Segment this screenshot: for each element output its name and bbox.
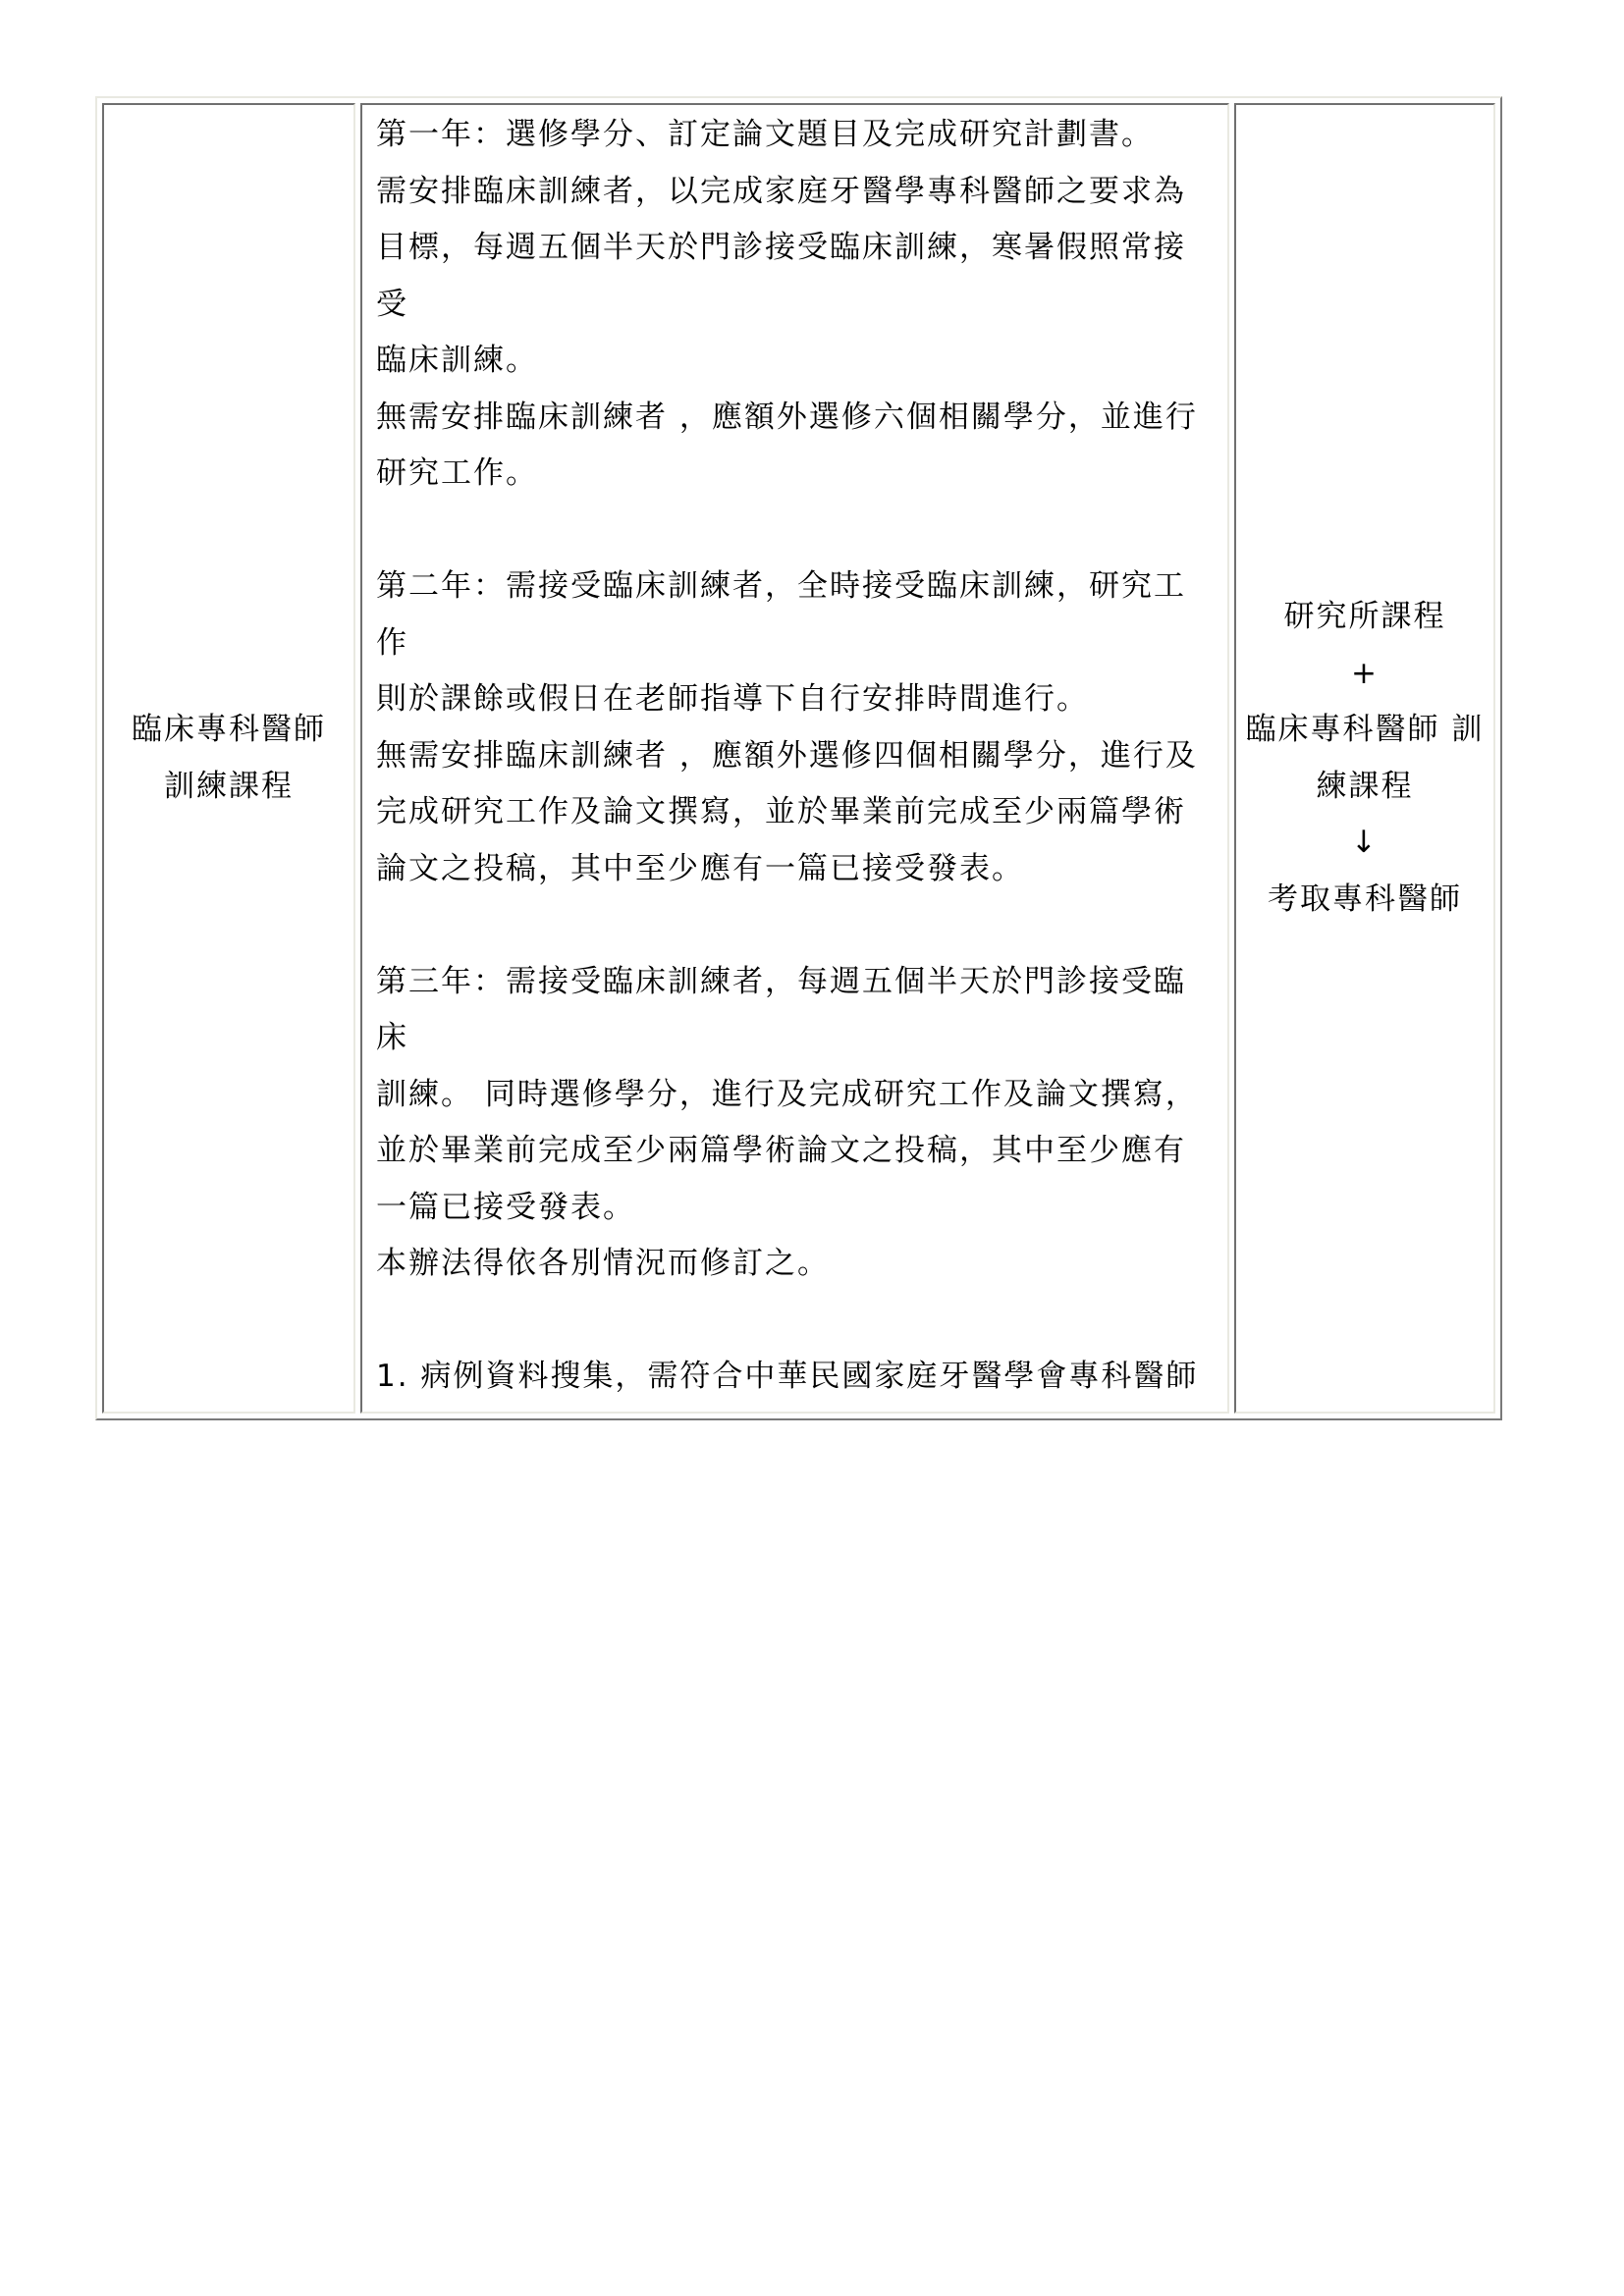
row-label-cell: 臨床專科醫師 訓練課程 bbox=[102, 103, 355, 1414]
paragraph-requirements: 1. 病例資料搜集，需符合中華民國家庭牙醫學會專科醫師 訓練之要求。 2. 訓練… bbox=[376, 1349, 1214, 1414]
paragraph-year-two: 第二年：需接受臨床訓練者，全時接受臨床訓練，研究工作 則於課餘或假日在老師指導下… bbox=[376, 559, 1214, 897]
program-flow-cell: 研究所課程 + 臨床專科醫師 訓 練課程 ↓ 考取專科醫師 bbox=[1234, 103, 1495, 1414]
flow-step-specialist-exam: 考取專科醫師 bbox=[1268, 872, 1462, 929]
paragraph-year-one: 第一年：選修學分、訂定論文題目及完成研究計劃書。 需安排臨床訓練者，以完成家庭牙… bbox=[376, 107, 1214, 503]
row-label-text: 臨床專科醫師 訓練課程 bbox=[132, 702, 326, 815]
plus-sign: + bbox=[1351, 646, 1379, 703]
paragraph-year-three: 第三年：需接受臨床訓練者，每週五個半天於門診接受臨床 訓練。 同時選修學分，進行… bbox=[376, 954, 1214, 1293]
training-course-table: 臨床專科醫師 訓練課程 第一年：選修學分、訂定論文題目及完成研究計劃書。 需安排… bbox=[95, 96, 1502, 1420]
flow-step-graduate-courses: 研究所課程 bbox=[1284, 589, 1446, 646]
flow-step-clinical-training: 臨床專科醫師 訓 練課程 bbox=[1246, 702, 1485, 815]
course-description-cell: 第一年：選修學分、訂定論文題目及完成研究計劃書。 需安排臨床訓練者，以完成家庭牙… bbox=[360, 103, 1229, 1414]
down-arrow-icon: ↓ bbox=[1351, 815, 1379, 872]
